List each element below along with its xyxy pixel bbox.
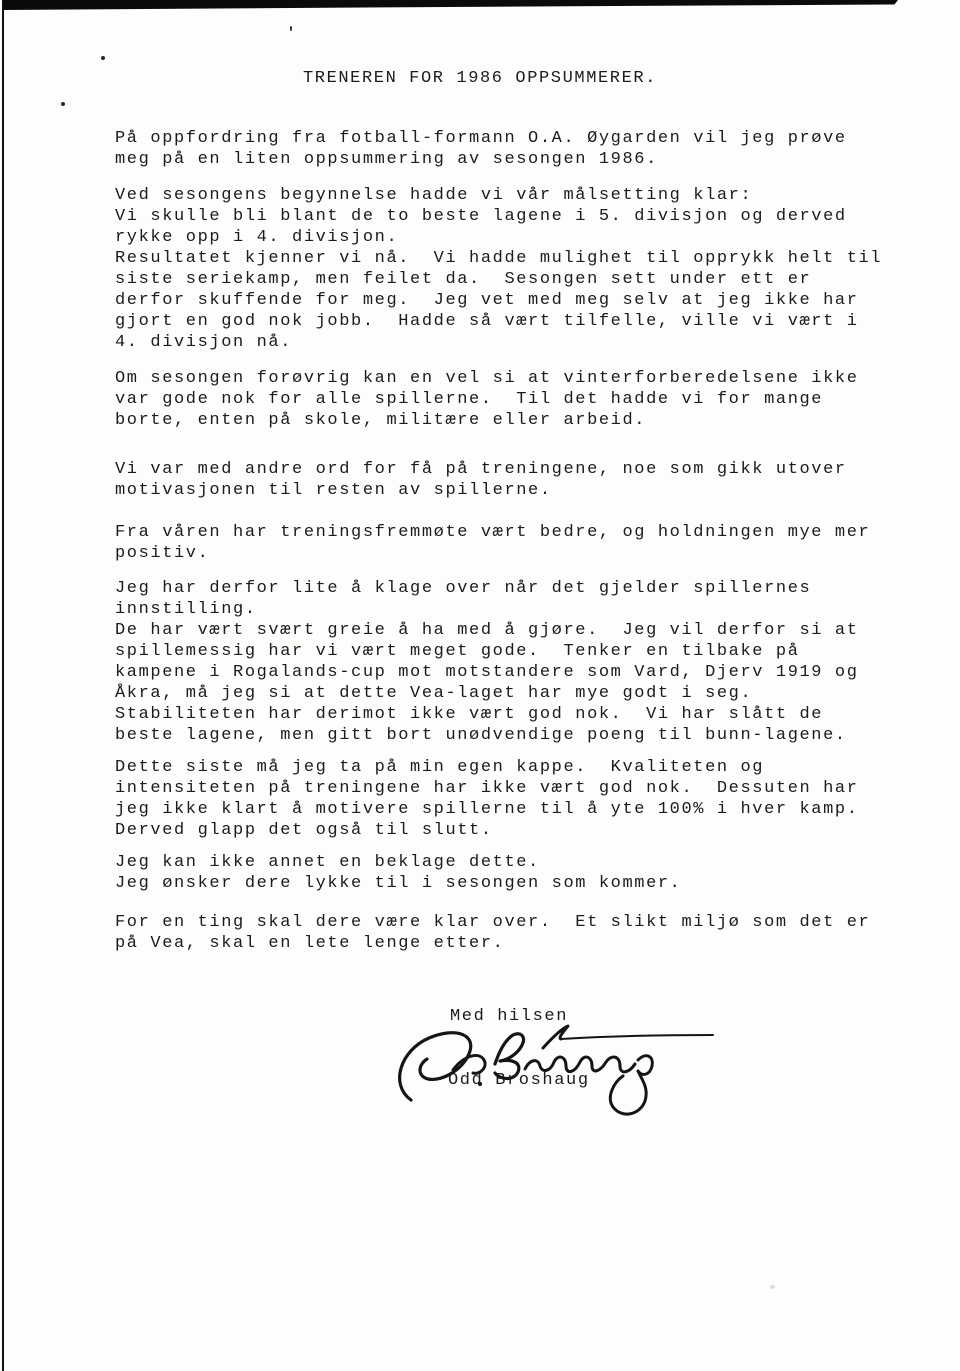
paragraph-self-critique: Dette siste må jeg ta på min egen kappe.… <box>115 757 859 841</box>
scan-speck <box>290 26 292 31</box>
signer-name: Odd Broshaug <box>448 1070 590 1091</box>
scan-artifact-left-edge <box>2 0 4 1371</box>
paragraph-players: Jeg har derfor lite å klage over når det… <box>115 578 859 746</box>
scan-artifact-top-bar <box>2 0 898 10</box>
paragraph-apology: Jeg kan ikke annet en beklage dette. Jeg… <box>115 852 681 894</box>
paragraph-season-goal: Ved sesongens begynnelse hadde vi vår må… <box>115 185 882 353</box>
paragraph-winter-prep: Om sesongen forøvrig kan en vel si at vi… <box>115 368 859 431</box>
scan-speck <box>770 1285 775 1289</box>
document-title: TRENEREN FOR 1986 OPPSUMMERER. <box>0 68 960 89</box>
scan-speck <box>101 56 105 60</box>
paragraph-farewell: For en ting skal dere være klar over. Et… <box>115 912 870 954</box>
scan-speck <box>61 102 65 106</box>
document-page: TRENEREN FOR 1986 OPPSUMMERER. På oppfor… <box>0 0 960 1371</box>
paragraph-intro: På oppfordring fra fotball-formann O.A. … <box>115 128 847 170</box>
paragraph-attendance: Vi var med andre ord for få på treningen… <box>115 459 847 501</box>
paragraph-spring: Fra våren har treningsfremmøte vært bedr… <box>115 522 870 564</box>
